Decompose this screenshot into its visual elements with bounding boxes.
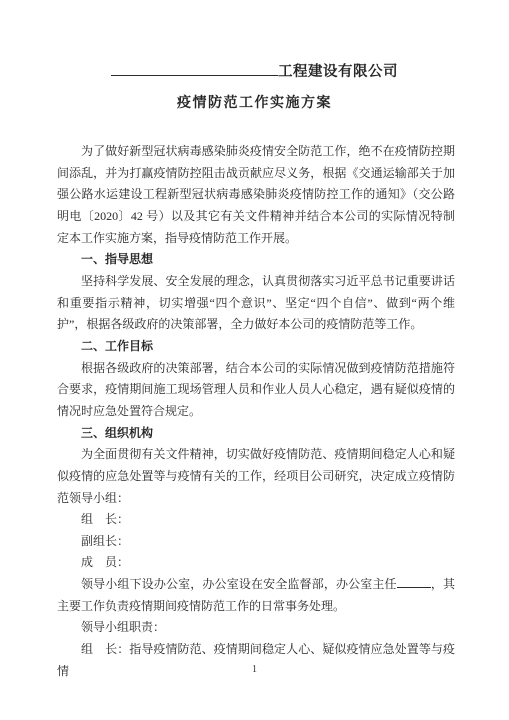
line-duties-label: 领导小组职责： — [57, 617, 455, 639]
line-deputy-leader: 副组长： — [57, 531, 455, 553]
company-name-blank — [111, 62, 278, 76]
document-page: 工程建设有限公司 疫情防范工作实施方案 为了做好新型冠状病毒感染肺炎疫情安全防范… — [0, 0, 509, 720]
company-name-suffix: 工程建设有限公司 — [278, 64, 398, 80]
office-director-blank — [397, 576, 431, 588]
page-number: 1 — [0, 664, 509, 675]
line-leader-duty: 组 长：指导疫情防范、疫情期间稳定人心、疑似疫情应急处置等与疫情 — [57, 639, 455, 682]
paragraph-organization: 为全面贯彻有关文件精神，切实做好疫情防范、疫情期间稳定人心和疑似疫情的应急处置等… — [57, 444, 455, 509]
document-body: 为了做好新型冠状病毒感染肺炎疫情安全防范工作，绝不在疫情防控期间添乱，并为打赢疫… — [57, 141, 455, 682]
office-text-pre: 领导小组下设办公室，办公室设在安全监督部，办公室主任 — [81, 577, 397, 591]
line-group-leader: 组 长： — [57, 509, 455, 531]
section-heading-3: 三、组织机构 — [57, 423, 455, 445]
line-members: 成 员： — [57, 552, 455, 574]
paragraph-guiding-ideology: 坚持科学发展、安全发展的理念，认真贯彻落实习近平总书记重要讲话和重要指示精神，切… — [57, 271, 455, 336]
paragraph-office: 领导小组下设办公室，办公室设在安全监督部，办公室主任，其主要工作负责疫情期间疫情… — [57, 574, 455, 617]
section-heading-2: 二、工作目标 — [57, 336, 455, 358]
document-title: 疫情防范工作实施方案 — [0, 95, 509, 113]
company-header: 工程建设有限公司 — [0, 0, 509, 81]
paragraph-intro: 为了做好新型冠状病毒感染肺炎疫情安全防范工作，绝不在疫情防控期间添乱，并为打赢疫… — [57, 141, 455, 249]
section-heading-1: 一、指导思想 — [57, 249, 455, 271]
paragraph-work-goal: 根据各级政府的决策部署，结合本公司的实际情况做到疫情防范措施符合要求，疫情期间施… — [57, 358, 455, 423]
